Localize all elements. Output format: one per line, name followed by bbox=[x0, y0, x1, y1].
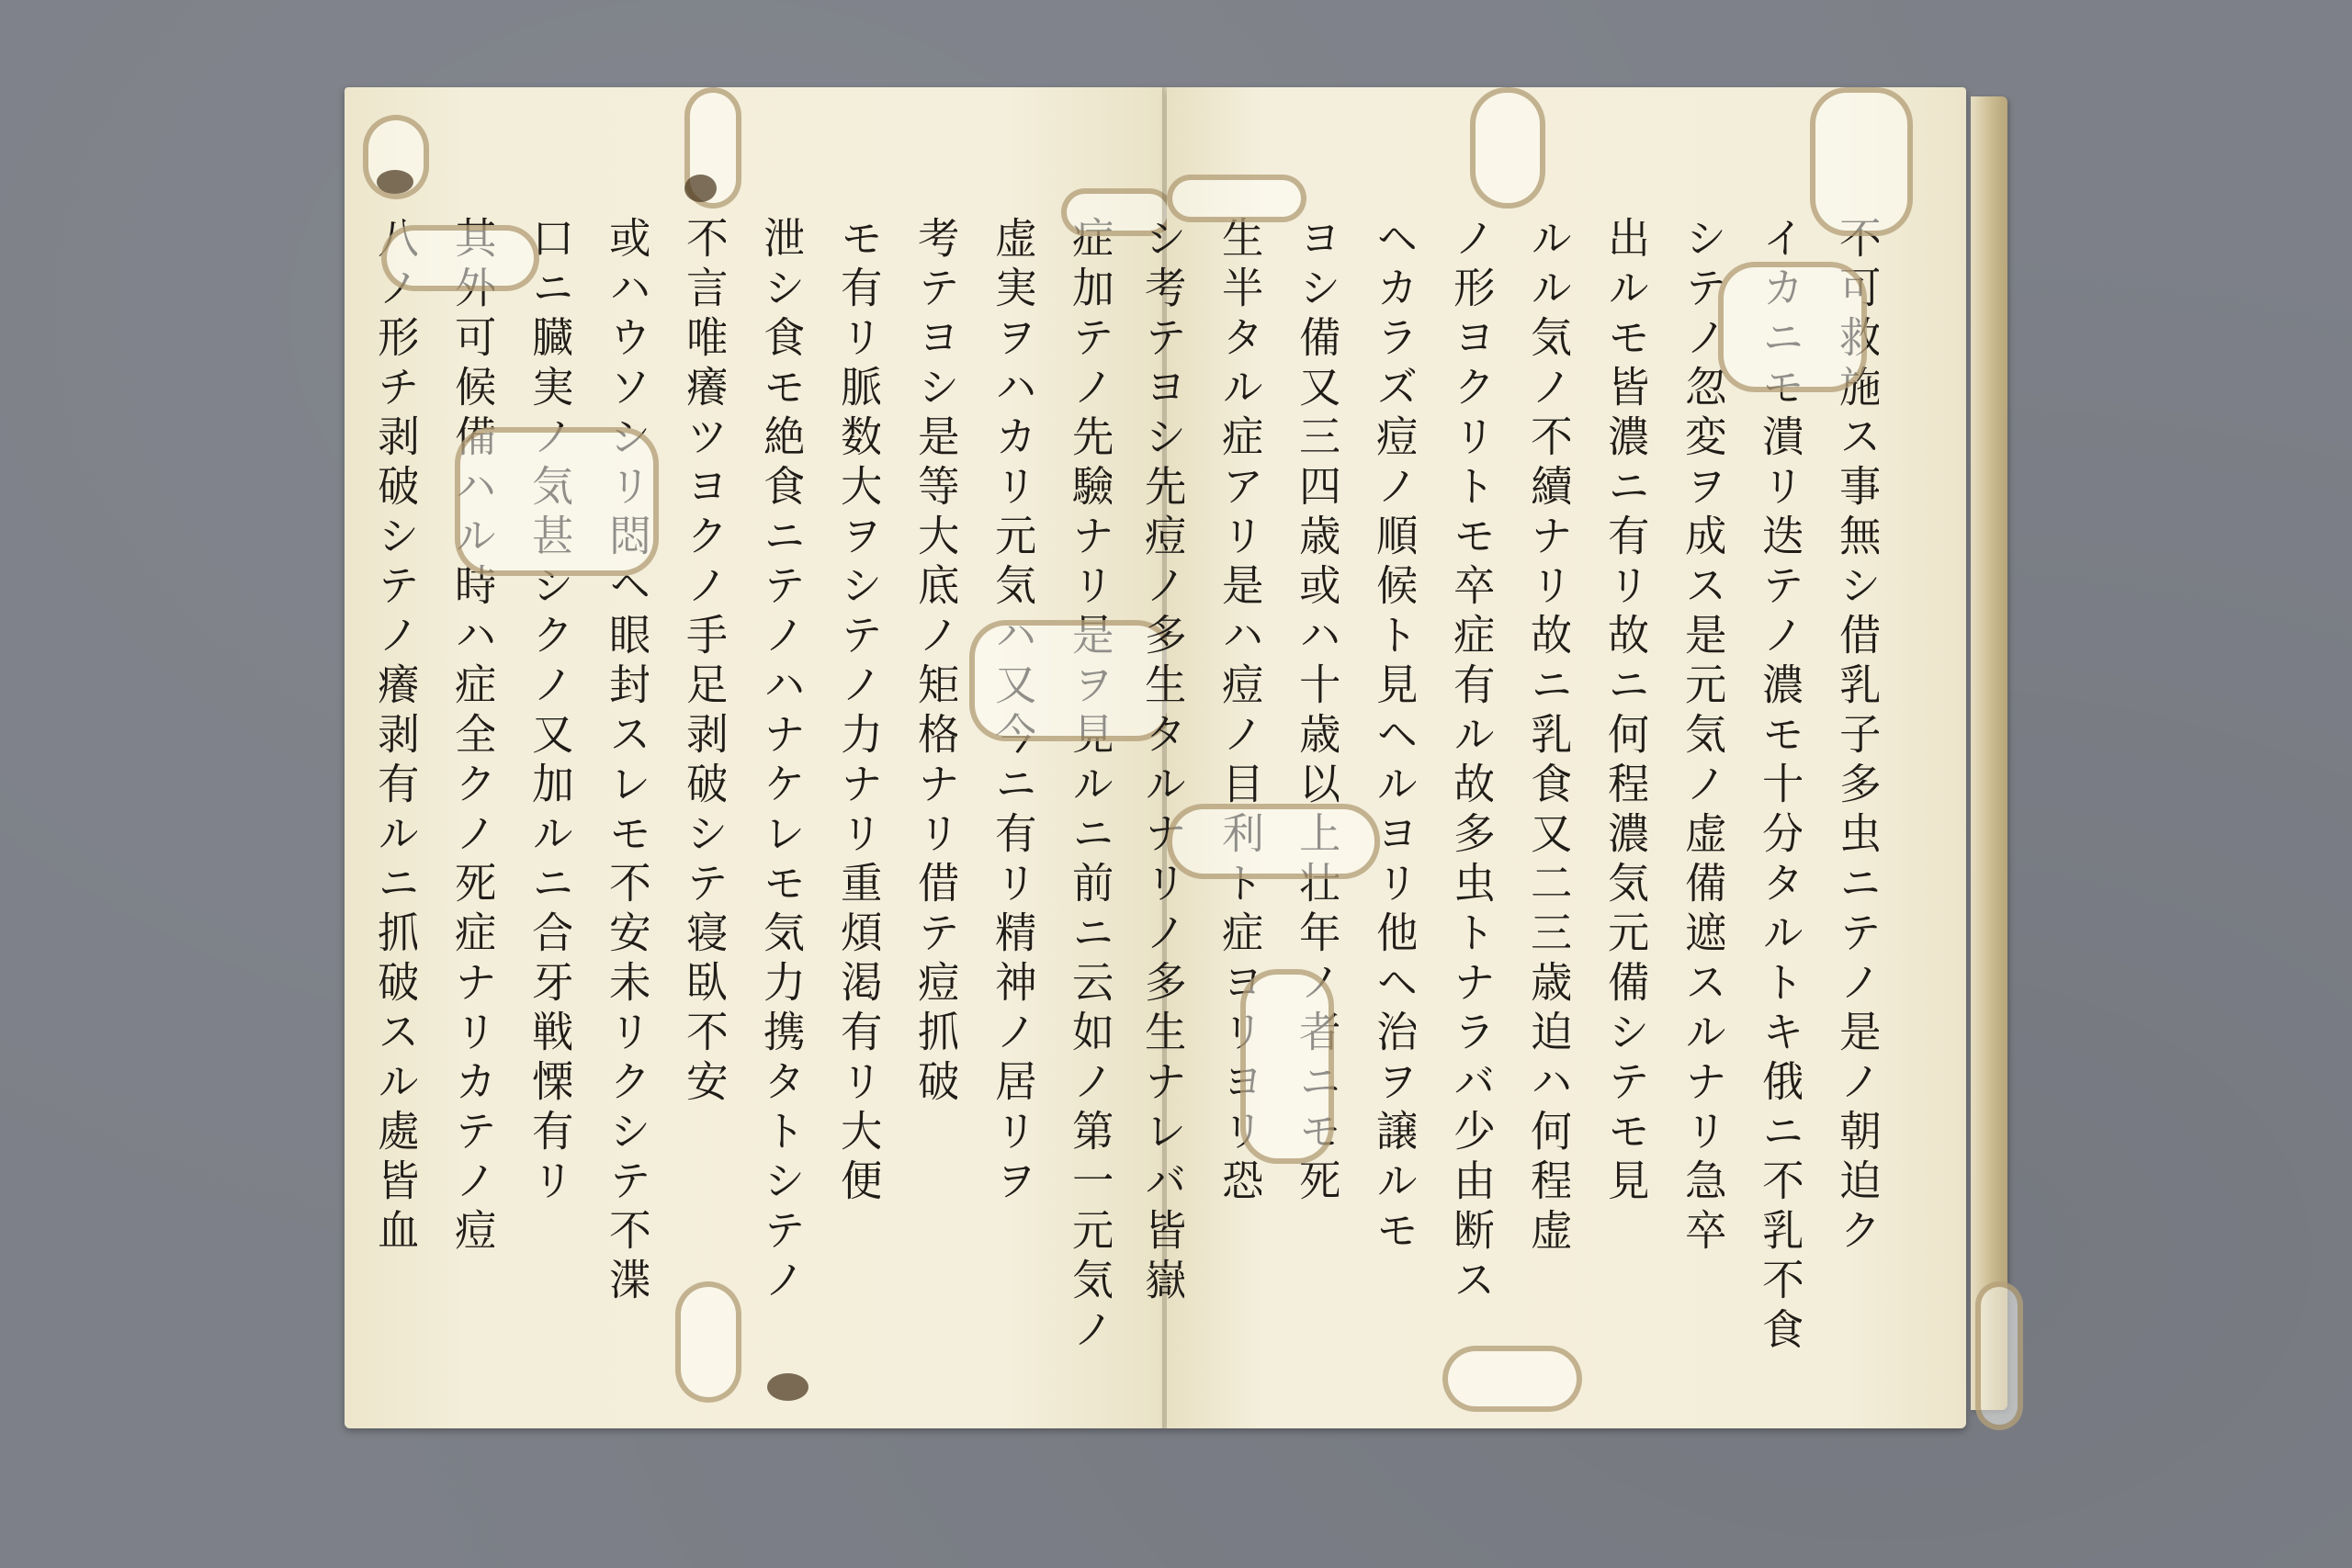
text-column: シ考テヨシ先痘ノ多生タルナリノ多生ナレバ皆嶽 bbox=[1107, 216, 1184, 1364]
left-page-text: 症加テノ先驗ナリ是ヲ見ルニ前ニ云如ノ第一元気ノ 虚実ヲハカリ元気ハ又今ニ有リ精神… bbox=[340, 216, 1112, 1364]
text-column: 出ルモ皆濃ニ有リ故ニ何程濃気元備シテモ見 bbox=[1570, 216, 1647, 1364]
wormhole-damage bbox=[1975, 1281, 2023, 1430]
wormhole-damage bbox=[1167, 175, 1306, 222]
text-column: 生半タル症アリ是ハ痘ノ目利ト症ヨリヨリ恐 bbox=[1184, 216, 1261, 1364]
text-column: 泄シ食モ絶食ニテノハナケレモ気力携タトシテノ bbox=[726, 216, 803, 1364]
text-column: ノ形ヨクリトモ卒症有ル故多虫トナラバ少由断ス bbox=[1416, 216, 1493, 1364]
wormhole-damage bbox=[1240, 969, 1334, 1164]
wormhole-damage bbox=[1167, 804, 1380, 879]
text-column: 其外可候備ハル時ハ症全クノ死症ナリカテノ痘 bbox=[417, 216, 494, 1364]
open-manuscript-book: 症加テノ先驗ナリ是ヲ見ルニ前ニ云如ノ第一元気ノ 虚実ヲハカリ元気ハ又今ニ有リ精神… bbox=[345, 87, 1980, 1438]
page-edges bbox=[1971, 96, 2007, 1410]
text-column: 症加テノ先驗ナリ是ヲ見ルニ前ニ云如ノ第一元気ノ bbox=[1035, 216, 1112, 1364]
wormhole-damage bbox=[1470, 87, 1545, 209]
wormhole-damage bbox=[1718, 262, 1867, 392]
ink-stain bbox=[767, 1373, 808, 1401]
text-column: 口ニ臓実ノ気甚シクノ又加ルニ合牙戦慄有リ bbox=[494, 216, 571, 1364]
left-page: 症加テノ先驗ナリ是ヲ見ルニ前ニ云如ノ第一元気ノ 虚実ヲハカリ元気ハ又今ニ有リ精神… bbox=[345, 87, 1167, 1428]
text-column: モ有リ脈数大ヲシテノ力ナリ重煩渇有リ大便 bbox=[803, 216, 880, 1364]
wormhole-damage bbox=[675, 1281, 741, 1403]
ink-stain bbox=[377, 170, 413, 194]
text-column: シテノ忽変ヲ成ス是元気ノ虚備遮スルナリ急卒 bbox=[1647, 216, 1724, 1364]
wormhole-damage bbox=[381, 225, 539, 291]
text-column: 虚実ヲハカリ元気ハ又今ニ有リ精神ノ居リヲ bbox=[957, 216, 1035, 1364]
text-column: 考テヨシ是等大底ノ矩格ナリ借テ痘抓破 bbox=[880, 216, 957, 1364]
wormhole-damage bbox=[1810, 87, 1913, 236]
wormhole-damage bbox=[455, 427, 659, 576]
text-column: ルル気ノ不續ナリ故ニ乳食又二三歳迫ハ何程虚 bbox=[1493, 216, 1570, 1364]
text-column: ヨシ備又三四歳或ハ十歳以上壮年ノ者ニモ死 bbox=[1261, 216, 1339, 1364]
ink-stain bbox=[684, 175, 717, 202]
wormhole-damage bbox=[1442, 1346, 1582, 1412]
text-column: ヘカラズ痘ノ順候ト見ヘルヨリ他ヘ治ヲ譲ルモ bbox=[1339, 216, 1416, 1364]
text-column: 或ハウソシリ悶ヘ眼封スレモ不安未リクシテ不渫 bbox=[571, 216, 649, 1364]
right-page: 不可救施ス事無シ借乳子多虫ニテノ是ノ朝迫ク イカニモ潰リ迭テノ濃モ十分タルトキ俄… bbox=[1167, 87, 1966, 1428]
text-column: 不言唯癢ツヨクノ手足剥破シテ寝臥不安 bbox=[649, 216, 726, 1364]
text-column: 八ノ形チ剥破シテノ癢剥有ルニ抓破スル處皆血 bbox=[340, 216, 417, 1364]
